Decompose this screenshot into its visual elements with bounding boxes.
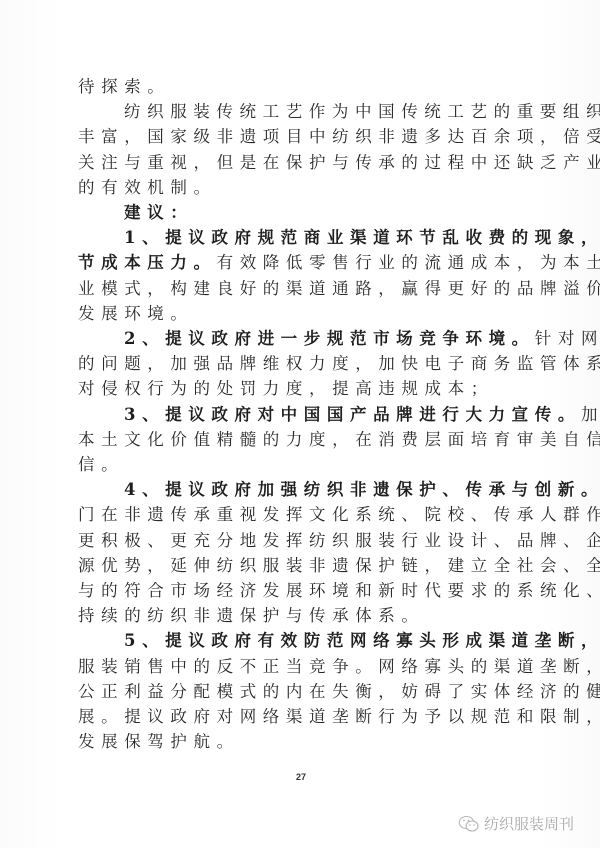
text-line: 发展环境。 [78,303,524,325]
line-text: 对侵权行为的处罚力度，提高违规成本； [78,379,494,398]
text-line: 对侵权行为的处罚力度，提高违规成本； [78,378,524,400]
text-line: 信。 [78,454,524,476]
line-text: 更积极、更充分地发挥纺织服装行业设计、品牌、企业等产业资 [78,531,600,550]
line-text: 待探索。 [78,77,170,96]
line-text: 信。 [78,455,124,474]
line-text: 源优势，延伸纺织服装非遗保护链，建立全社会、全行业共同参 [78,556,600,575]
text-line: 丰富，国家级非遗项目中纺织非遗多达百余项，倍受国家及行业 [78,126,524,148]
line-text: 丰富，国家级非遗项目中纺织非遗多达百余项，倍受国家及行业 [78,127,600,146]
text-line: 源优势，延伸纺织服装非遗保护链，建立全社会、全行业共同参 [78,555,524,577]
text-line: 建议： [124,202,524,224]
text-line: 本土文化价值精髓的力度，在消费层面培育审美自信与文化自 [78,429,524,451]
text-line: 节成本压力。有效降低零售行业的流通成本，为本土品牌探索商 [78,252,524,274]
document-page: 待探索。纺织服装传统工艺作为中国传统工艺的重要组织部分，资源丰富，国家级非遗项目… [0,0,600,848]
text-line: 3、提议政府对中国国产品牌进行大力宣传。加大传播中国 [124,404,524,426]
text-line: 门在非遗传承重视发挥文化系统、院校、传承人群作用的同时， [78,504,524,526]
line-text: 服装销售中的反不正当竞争。网络寡头的渠道垄断，造成了公平、 [78,657,600,676]
text-line: 展。提议政府对网络渠道垄断行为予以规范和限制，为实体经济 [78,706,524,728]
line-text: 展。提议政府对网络渠道垄断行为予以规范和限制，为实体经济 [78,707,600,726]
line-text: 与的符合市场经济发展环境和新时代要求的系统化、科学化、可 [78,581,600,600]
line-text: 发展环境。 [78,304,194,323]
line-text: 门在非遗传承重视发挥文化系统、院校、传承人群作用的同时， [78,505,600,524]
line-text: 针对网络售假侵权 [535,329,600,348]
line-text: 业模式，构建良好的渠道通路，赢得更好的品牌溢价提供健康的 [78,279,600,298]
text-line: 的问题，加强品牌维权力度，加快电子商务监管体系建设，加强 [78,353,524,375]
text-line: 1、提议政府规范商业渠道环节乱收费的现象，降低渠道环 [124,227,524,249]
bold-heading: 2、提议政府进一步规范市场竞争环境。 [124,329,535,348]
text-line: 关注与重视，但是在保护与传承的过程中还缺乏产业化、市场化 [78,152,524,174]
bold-heading: 建议： [124,203,193,222]
line-text: 有效降低零售行业的流通成本，为本土品牌探索商 [217,253,600,272]
line-text: 的问题，加强品牌维权力度，加快电子商务监管体系建设，加强 [78,354,600,373]
line-text: 本土文化价值精髓的力度，在消费层面培育审美自信与文化自 [78,430,600,449]
text-line: 业模式，构建良好的渠道通路，赢得更好的品牌溢价提供健康的 [78,278,524,300]
bold-heading: 1、提议政府规范商业渠道环节乱收费的现象，降低渠道环 [124,228,600,247]
line-text: 公正利益分配模式的内在失衡，妨碍了实体经济的健康、有序发 [78,682,600,701]
line-text: 关注与重视，但是在保护与传承的过程中还缺乏产业化、市场化 [78,153,600,172]
text-line: 2、提议政府进一步规范市场竞争环境。针对网络售假侵权 [124,328,524,350]
line-text: 的有效机制。 [78,178,217,197]
text-line: 更积极、更充分地发挥纺织服装行业设计、品牌、企业等产业资 [78,530,524,552]
bold-heading: 4、提议政府加强纺织非遗保护、传承与创新。 [124,480,600,499]
text-line: 的有效机制。 [78,177,524,199]
bold-heading: 3、提议政府对中国国产品牌进行大力宣传。 [124,405,581,424]
watermark-label: 纺织服装周刊 [484,813,574,834]
bold-heading: 5、提议政府有效防范网络寡头形成渠道垄断， [124,631,600,650]
text-line: 待探索。 [78,76,524,98]
wechat-icon [458,815,480,833]
line-text: 持续的纺织非遗保护与传承体系。 [78,606,425,625]
text-line: 纺织服装传统工艺作为中国传统工艺的重要组织部分，资源 [124,101,524,123]
line-text: 纺织服装传统工艺作为中国传统工艺的重要组织部分，资源 [124,102,600,121]
bold-heading: 节成本压力。 [78,253,217,272]
text-line: 与的符合市场经济发展环境和新时代要求的系统化、科学化、可 [78,580,524,602]
text-line: 发展保驾护航。 [78,731,524,753]
text-line: 5、提议政府有效防范网络寡头形成渠道垄断，促进纺织品 [124,630,524,652]
text-line: 公正利益分配模式的内在失衡，妨碍了实体经济的健康、有序发 [78,681,524,703]
line-text: 加大传播中国 [581,405,600,424]
page-number: 27 [296,772,306,782]
line-text: 发展保驾护航。 [78,732,240,751]
text-line: 持续的纺织非遗保护与传承体系。 [78,605,524,627]
text-line: 4、提议政府加强纺织非遗保护、传承与创新。建议相关部 [124,479,524,501]
text-line: 服装销售中的反不正当竞争。网络寡头的渠道垄断，造成了公平、 [78,656,524,678]
watermark: 纺织服装周刊 [458,813,574,834]
